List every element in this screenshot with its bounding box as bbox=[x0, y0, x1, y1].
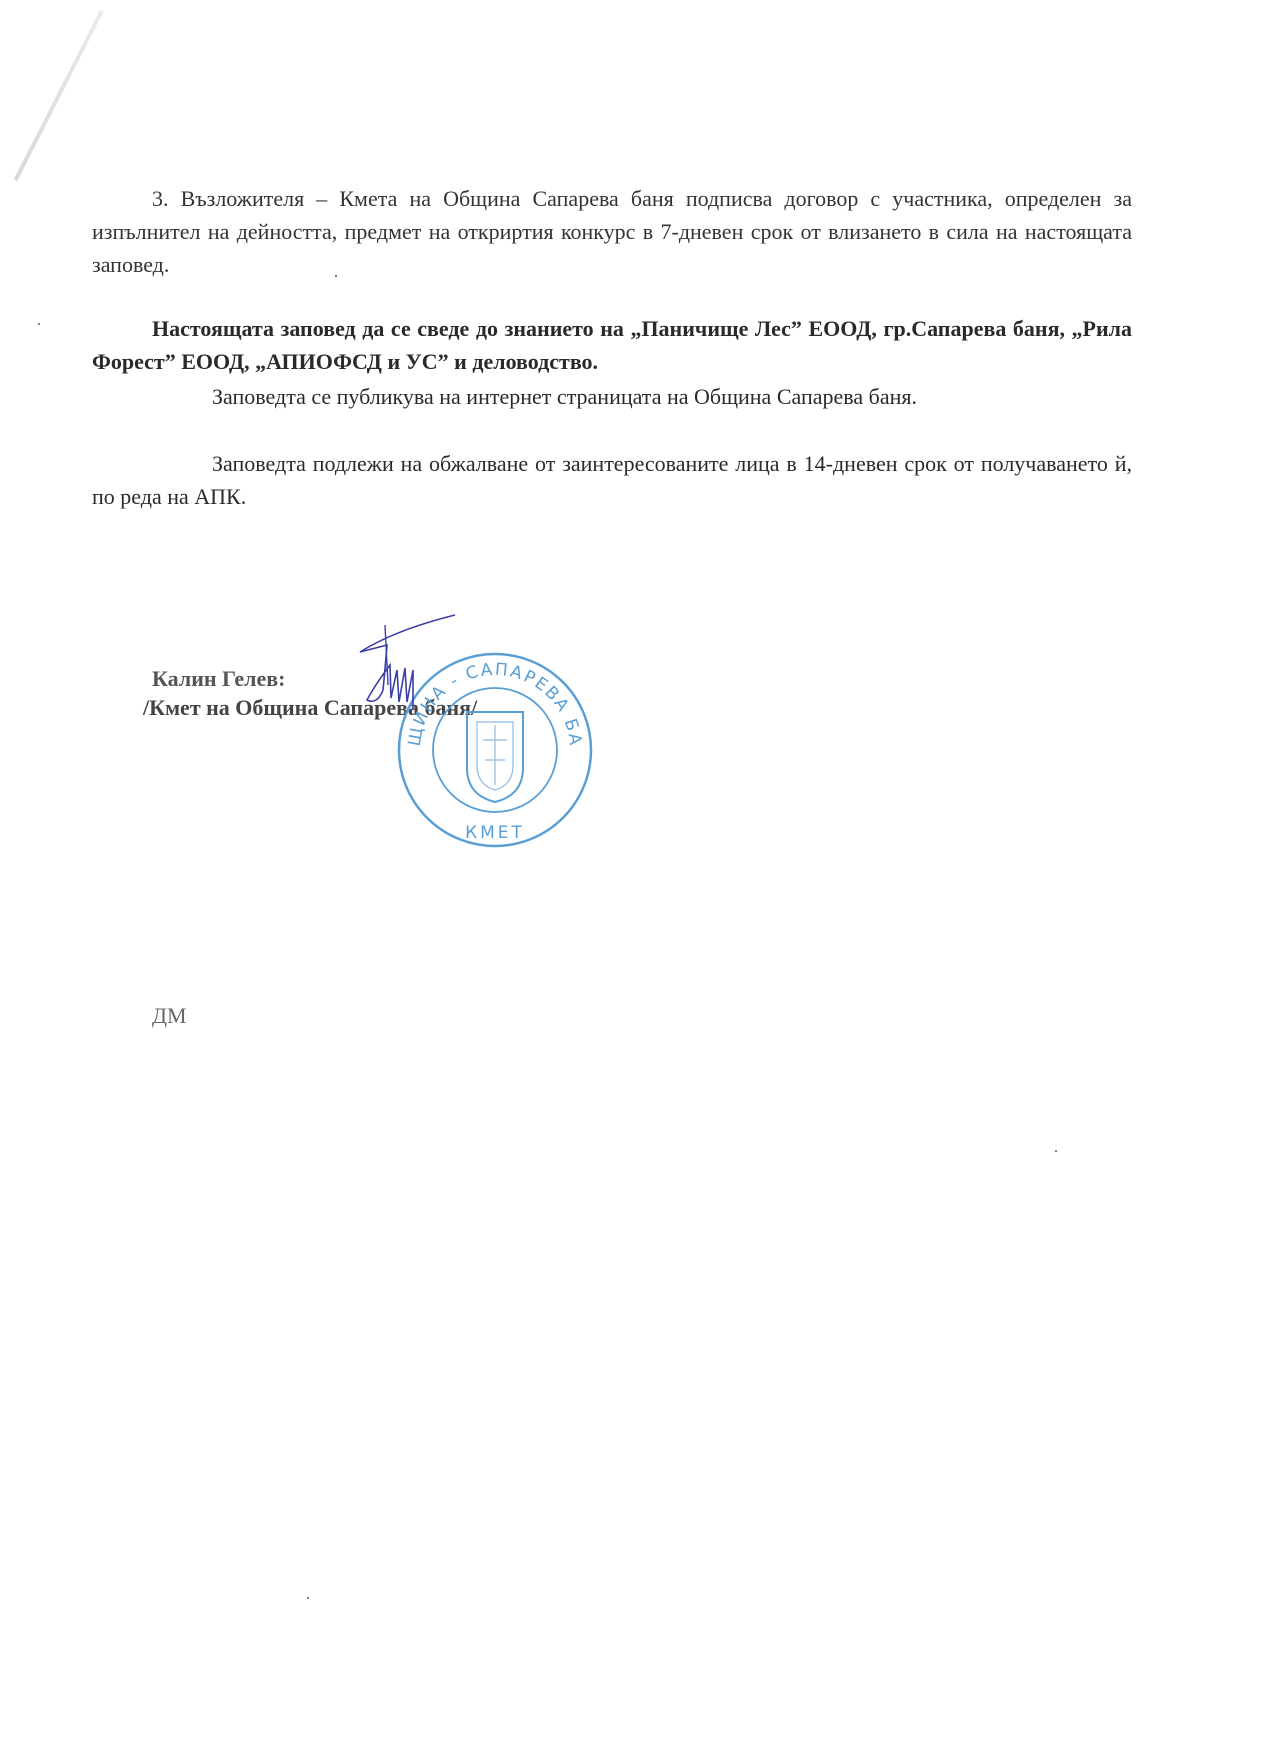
scan-speck bbox=[307, 1597, 309, 1599]
author-initials: ДМ bbox=[152, 1003, 187, 1029]
scan-artifact-line bbox=[14, 10, 104, 181]
scan-speck bbox=[38, 323, 40, 325]
stamp-bottom-text: КМЕТ bbox=[465, 823, 525, 843]
scan-speck bbox=[335, 275, 337, 277]
paragraph-3: 3. Възложителя – Кмета на Община Сапарев… bbox=[92, 182, 1132, 281]
notice-paragraph: Настоящата заповед да се сведе до знание… bbox=[92, 312, 1132, 378]
signature-icon bbox=[355, 610, 465, 720]
scan-speck bbox=[1055, 1150, 1057, 1152]
publish-paragraph: Заповедта се публикува на интернет стран… bbox=[92, 380, 1132, 413]
appeal-paragraph: Заповедта подлежи на обжалване от заинте… bbox=[92, 447, 1132, 513]
signatory-name: Калин Гелев: bbox=[152, 666, 285, 692]
